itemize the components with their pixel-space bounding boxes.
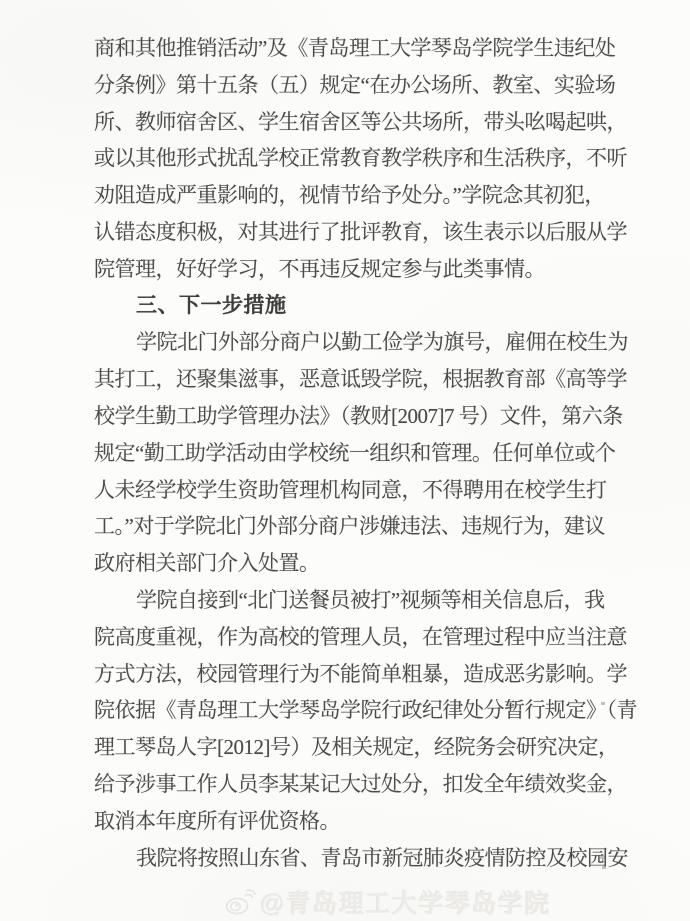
text-line: 工。”对于学院北门外部分商户涉嫌违法、违规行为，建议 [94,508,622,545]
watermark-text: @青岛理工大学琴岛学院 [260,884,551,920]
text-line: 院高度重视，作为高校的管理人员，在管理过程中应当注意 [94,619,622,656]
document-body: 商和其他推销活动”及《青岛理工大学琴岛学院学生违纪处分条例》第十五条（五）规定“… [94,30,622,876]
text-line: 其打工，还聚集滋事，恶意诋毁学院，根据教育部《高等学 [94,361,622,398]
text-line: 规定“勤工助学活动由学校统一组织和管理。任何单位或个 [94,435,622,472]
scan-artifact [600,856,605,859]
scan-artifact [602,866,606,869]
text-line: 取消本年度所有评优资格。 [94,803,622,840]
text-line: 院依据《青岛理工大学琴岛学院行政纪律处分暂行规定》（青 [94,692,622,729]
scanned-document-page: 商和其他推销活动”及《青岛理工大学琴岛学院学生违纪处分条例》第十五条（五）规定“… [0,0,690,921]
text-line: 所、教师宿舍区、学生宿舍区等公共场所，带头吆喝起哄， [94,104,622,141]
text-line: 劝阻造成严重影响的，视情节给予处分。”学院念其初犯， [94,177,622,214]
text-line: 政府相关部门介入处置。 [94,545,622,582]
text-line: 方式方法，校园管理行为不能简单粗暴，造成恶劣影响。学 [94,656,622,693]
text-line: 学院北门外部分商户以勤工俭学为旗号，雇佣在校生为 [94,324,622,361]
text-line: 商和其他推销活动”及《青岛理工大学琴岛学院学生违纪处 [94,30,622,67]
text-line: 认错态度积极，对其进行了批评教育，该生表示以后服从学 [94,214,622,251]
text-line: 分条例》第十五条（五）规定“在办公场所、教室、实验场 [94,67,622,104]
text-line: 人未经学校学生资助管理机构同意，不得聘用在校学生打 [94,472,622,509]
weibo-icon [224,888,256,916]
text-line: 学院自接到“北门送餐员被打”视频等相关信息后，我 [94,582,622,619]
text-line: 我院将按照山东省、青岛市新冠肺炎疫情防控及校园安 [94,840,622,877]
section-heading: 三、下一步措施 [94,288,622,325]
scan-artifact [601,702,605,705]
text-line: 理工琴岛人字[2012]号）及相关规定，经院务会研究决定， [94,729,622,766]
weibo-watermark: @青岛理工大学琴岛学院 [224,884,551,920]
text-line: 给予涉事工作人员李某某记大过处分，扣发全年绩效奖金， [94,766,622,803]
text-line: 或以其他形式扰乱学校正常教育教学秩序和生活秩序，不听 [94,140,622,177]
text-line: 院管理，好好学习，不再违反规定参与此类事情。 [94,251,622,288]
text-line: 校学生勤工助学管理办法》（教财[2007]7 号）文件，第六条 [94,398,622,435]
